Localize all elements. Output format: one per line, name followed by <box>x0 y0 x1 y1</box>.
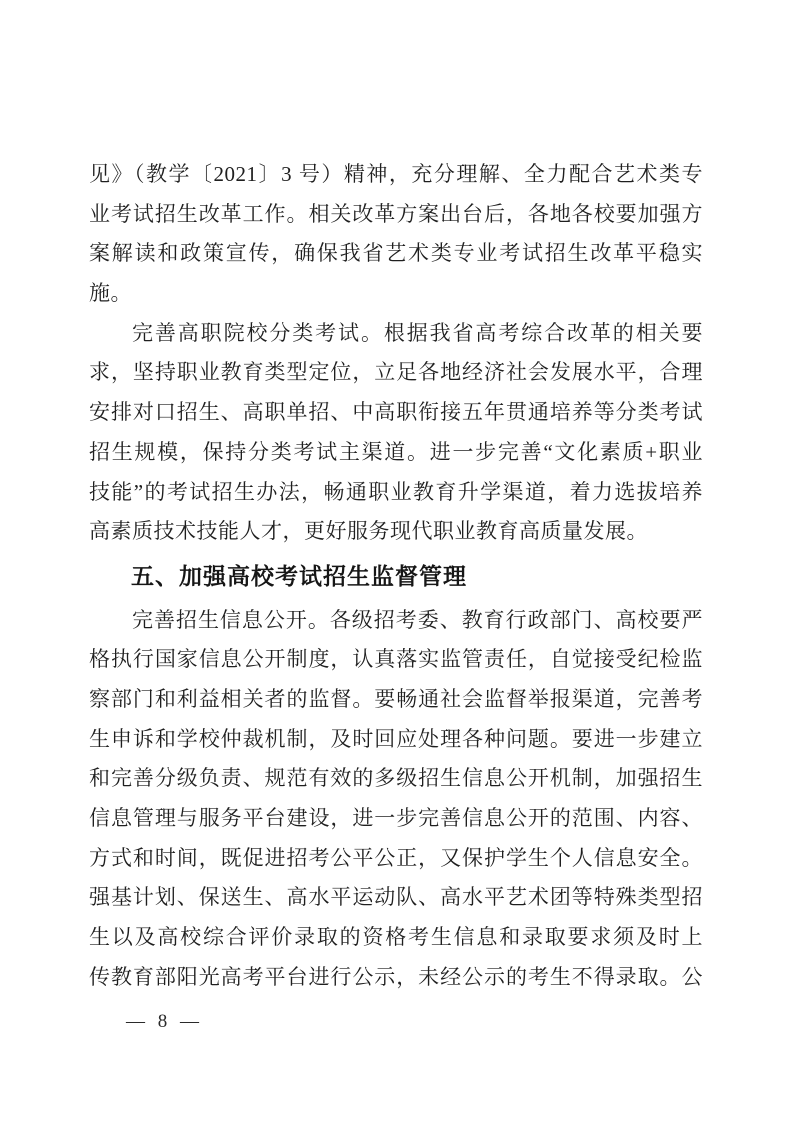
section-heading: 五、加强高校考试招生监督管理 <box>89 557 703 597</box>
text-line: 见》（教学〔2021〕3 号）精神，充分理解、全力配合艺术类专 <box>89 155 703 195</box>
text-line: 和完善分级负责、规范有效的多级招生信息公开机制，加强招生 <box>89 759 703 799</box>
text-line: 安排对口招生、高职单招、中高职衔接五年贯通培养等分类考试 <box>89 393 703 433</box>
text-line: 信息管理与服务平台建设，进一步完善信息公开的范围、内容、 <box>89 799 703 839</box>
text-line: 生申诉和学校仲裁机制，及时回应处理各种问题。要进一步建立 <box>89 720 703 760</box>
text-line: 完善高职院校分类考试。根据我省高考综合改革的相关要 <box>89 314 703 354</box>
text-line: 案解读和政策宣传，确保我省艺术类专业考试招生改革平稳实 <box>89 234 703 274</box>
text-line: 技能”的考试招生办法，畅通职业教育升学渠道，着力选拔培养 <box>89 473 703 513</box>
document-text-block: 见》（教学〔2021〕3 号）精神，充分理解、全力配合艺术类专业考试招生改革工作… <box>89 155 703 997</box>
text-line: 察部门和利益相关者的监督。要畅通社会监督举报渠道，完善考 <box>89 680 703 720</box>
text-line: 传教育部阳光高考平台进行公示，未经公示的考生不得录取。公 <box>89 958 703 998</box>
text-line: 方式和时间，既促进招考公平公正，又保护学生个人信息安全。 <box>89 839 703 879</box>
text-line: 招生规模，保持分类考试主渠道。进一步完善“文化素质+职业 <box>89 433 703 473</box>
text-line: 格执行国家信息公开制度，认真落实监管责任，自觉接受纪检监 <box>89 640 703 680</box>
document-page: 见》（教学〔2021〕3 号）精神，充分理解、全力配合艺术类专业考试招生改革工作… <box>0 0 800 1131</box>
text-line: 完善招生信息公开。各级招考委、教育行政部门、高校要严 <box>89 601 703 641</box>
text-line: 求，坚持职业教育类型定位，立足各地经济社会发展水平，合理 <box>89 353 703 393</box>
text-line: 施。 <box>89 274 703 314</box>
page-number: — 8 — <box>126 1008 203 1036</box>
text-line: 业考试招生改革工作。相关改革方案出台后，各地各校要加强方 <box>89 195 703 235</box>
text-line: 生以及高校综合评价录取的资格考生信息和录取要求须及时上 <box>89 918 703 958</box>
text-line: 高素质技术技能人才，更好服务现代职业教育高质量发展。 <box>89 512 703 552</box>
text-line: 强基计划、保送生、高水平运动队、高水平艺术团等特殊类型招 <box>89 878 703 918</box>
